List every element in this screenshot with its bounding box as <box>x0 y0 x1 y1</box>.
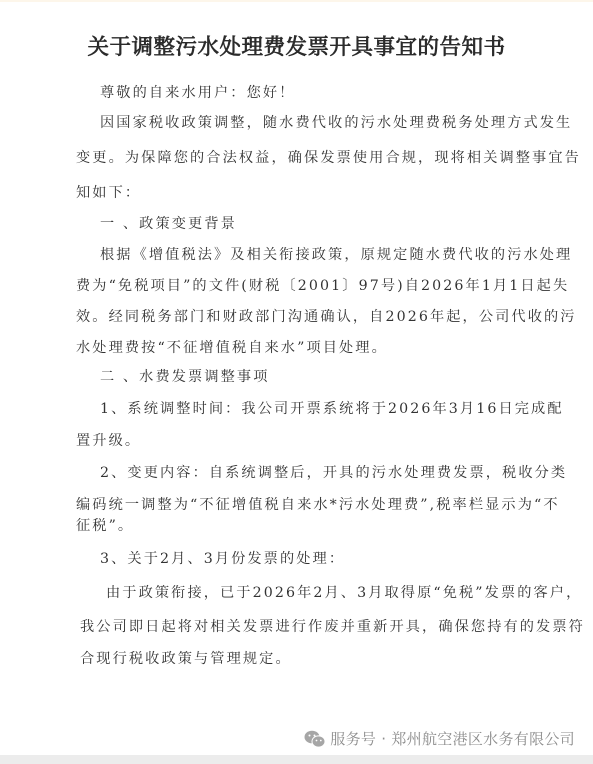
text-line: 费为“免税项目”的文件(财税〔2001〕97号)自2026年1月1日起失 <box>76 275 569 295</box>
text-line: 效。经同税务部门和财政部门沟通确认，自2026年起，公司代收的污 <box>76 306 577 326</box>
footer-label: 服务号 · 郑州航空港区水务有限公司 <box>330 728 575 749</box>
bottom-bar <box>0 755 593 764</box>
text-line: 合现行税收政策与管理规定。 <box>80 648 292 668</box>
text-line: 我公司即日起将对相关发票进行作废并重新开具，确保您持有的发票符 <box>80 616 585 636</box>
text-line: 由于政策衔接，已于2026年2月、3月取得原“免税”发票的客户， <box>106 582 582 602</box>
page-title: 关于调整污水处理费发票开具事宜的告知书 <box>0 30 593 61</box>
text-line: 2、变更内容：自系统调整后，开具的污水处理费发票，税收分类 <box>100 462 567 482</box>
text-line: 二 、水费发票调整事项 <box>100 366 270 386</box>
wechat-icon <box>304 730 326 748</box>
text-line: 变更。为保障您的合法权益，确保发票使用合规，现将相关调整事宜告 <box>76 147 581 167</box>
text-line: 置升级。 <box>76 430 141 450</box>
text-line: 根据《增值税法》及相关衔接政策，原规定随水费代收的污水处理 <box>100 244 572 264</box>
text-line: 水处理费按“不征增值税自来水”项目处理。 <box>76 337 388 357</box>
text-line: 3、关于2月、3月份发票的处理： <box>100 548 345 568</box>
text-line: 尊敬的自来水用户：您好！ <box>100 82 295 102</box>
text-line: 1、系统调整时间：我公司开票系统将于2026年3月16日完成配 <box>100 398 564 418</box>
text-line: 知如下： <box>76 182 141 202</box>
footer-attribution: 服务号 · 郑州航空港区水务有限公司 <box>304 728 575 749</box>
text-line: 征税”。 <box>76 515 134 535</box>
text-line: 因国家税收政策调整，随水费代收的污水处理费税务处理方式发生 <box>100 112 572 132</box>
text-line: 编码统一调整为“不征增值税自来水*污水处理费”,税率栏显示为“不 <box>76 494 560 514</box>
top-strip <box>0 0 593 2</box>
text-line: 一 、政策变更背景 <box>100 213 237 233</box>
